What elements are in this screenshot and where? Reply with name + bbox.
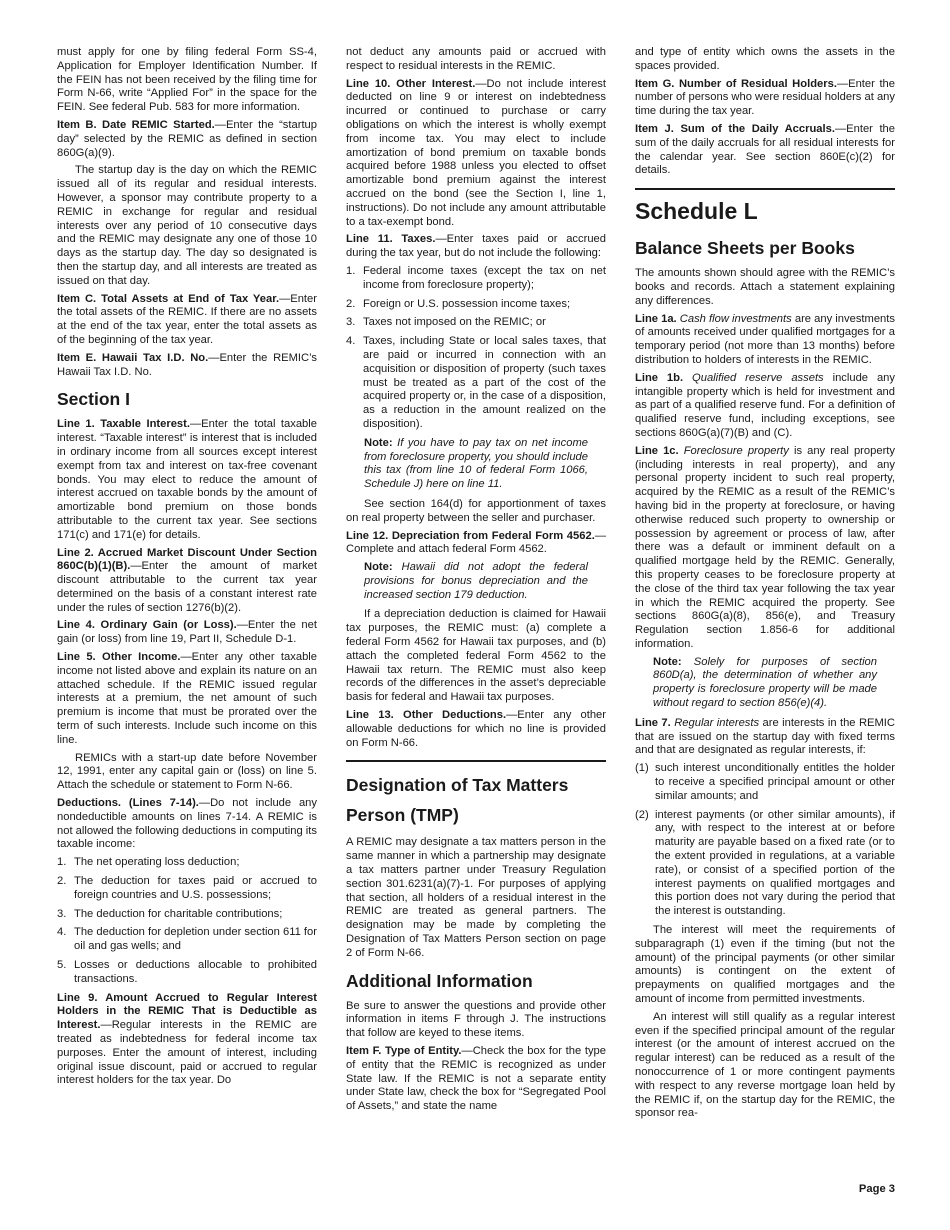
list-marker: 3.	[346, 316, 355, 330]
text-run: The amounts shown should agree with the …	[635, 267, 895, 307]
text-run: Note:	[364, 561, 393, 573]
list-item: 2.The deduction for taxes paid or accrue…	[57, 875, 317, 903]
document-page: must apply for one by filing federal For…	[0, 0, 950, 1230]
additional-information-heading: Additional Information	[346, 971, 606, 992]
paragraph: The amounts shown should agree with the …	[635, 267, 895, 308]
list-item: 5.Losses or deductions allocable to proh…	[57, 959, 317, 987]
text-run: Foreclosure property	[679, 445, 789, 457]
paragraph: and type of entity which owns the assets…	[635, 46, 895, 74]
text-run: such interest unconditionally entitles t…	[655, 762, 895, 802]
paragraph: Line 10. Other Interest.—Do not include …	[346, 78, 606, 230]
note-block: Note: Solely for purposes of section 860…	[653, 656, 877, 711]
text-run: Line 12. Depreciation from Federal Form …	[346, 530, 595, 542]
paragraph: Line 7. Regular interests are interests …	[635, 717, 895, 758]
text-run: —Enter any other taxable income not list…	[57, 651, 317, 746]
paragraph: The interest will meet the requirements …	[635, 924, 895, 1007]
text-run: The deduction for depletion under sectio…	[74, 926, 317, 952]
text-run: Hawaii did not adopt the federal provisi…	[364, 561, 588, 601]
text-run: Line 1a.	[635, 313, 677, 325]
list-marker: 4.	[346, 335, 355, 349]
paragraph: Line 5. Other Income.—Enter any other ta…	[57, 651, 317, 748]
list-item: 3.Taxes not imposed on the REMIC; or	[346, 316, 606, 330]
paragraph: Line 4. Ordinary Gain (or Loss).—Enter t…	[57, 619, 317, 647]
text-run: An interest will still qualify as a regu…	[635, 1011, 895, 1120]
text-run: Foreign or U.S. possession income taxes;	[363, 298, 570, 310]
paragraph: Line 13. Other Deductions.—Enter any oth…	[346, 709, 606, 750]
text-run: Losses or deductions allocable to prohib…	[74, 959, 317, 985]
paragraph: Deductions. (Lines 7-14).—Do not include…	[57, 797, 317, 852]
paragraph: If a depreciation deduction is claimed f…	[346, 608, 606, 705]
text-run: —Enter the total taxable interest. “Taxa…	[57, 418, 317, 540]
list-item: 4.The deduction for depletion under sect…	[57, 926, 317, 954]
paragraph: must apply for one by filing federal For…	[57, 46, 317, 115]
list-marker: 1.	[346, 265, 355, 279]
paragraph: not deduct any amounts paid or accrued w…	[346, 46, 606, 74]
designation-tmp-heading: Designation of Tax Matters Person (TMP)	[346, 770, 606, 830]
text-run: and type of entity which owns the assets…	[635, 46, 895, 72]
text-run: Qualified reserve assets	[683, 372, 824, 384]
text-run: A REMIC may designate a tax matters pers…	[346, 836, 606, 958]
text-run: The net operating loss deduction;	[74, 856, 239, 868]
paragraph: Item F. Type of Entity.—Check the box fo…	[346, 1045, 606, 1114]
list-item: (2)interest payments (or other similar a…	[635, 809, 895, 919]
text-run: The startup day is the day on which the …	[57, 164, 317, 286]
list-item: (1)such interest unconditionally entitle…	[635, 762, 895, 803]
paragraph: Line 1. Taxable Interest.—Enter the tota…	[57, 418, 317, 542]
list-marker: 3.	[57, 908, 66, 922]
list-item: 1.The net operating loss deduction;	[57, 856, 317, 870]
list-marker: 2.	[346, 298, 355, 312]
text-run: If you have to pay tax on net income fro…	[364, 437, 588, 490]
list-marker: 1.	[57, 856, 66, 870]
text-run: Be sure to answer the questions and prov…	[346, 1000, 606, 1040]
text-run: Line 11. Taxes.	[346, 233, 435, 245]
column-1: must apply for one by filing federal For…	[57, 46, 317, 1230]
paragraph: REMICs with a start-up date before Novem…	[57, 752, 317, 793]
paragraph: Line 1a. Cash flow investments are any i…	[635, 313, 895, 368]
text-run: Federal income taxes (except the tax on …	[363, 265, 606, 291]
text-run: Line 13. Other Deductions.	[346, 709, 506, 721]
text-run: Line 5. Other Income.	[57, 651, 180, 663]
text-run: interest payments (or other similar amou…	[655, 809, 895, 918]
list-marker: (2)	[635, 809, 649, 823]
list-item: 3.The deduction for charitable contribut…	[57, 908, 317, 922]
text-run: Line 7.	[635, 717, 671, 729]
text-run: Solely for purposes of section 860D(a), …	[653, 656, 877, 709]
column-3: and type of entity which owns the assets…	[635, 46, 895, 1230]
section-divider	[346, 760, 606, 762]
paragraph: An interest will still qualify as a regu…	[635, 1011, 895, 1121]
text-run: Item C. Total Assets at End of Tax Year.	[57, 293, 279, 305]
paragraph: Line 12. Depreciation from Federal Form …	[346, 530, 606, 558]
list-marker: 2.	[57, 875, 66, 889]
page-number: Page 3	[859, 1183, 895, 1197]
paragraph: Line 1c. Foreclosure property is any rea…	[635, 445, 895, 652]
text-run: Taxes not imposed on the REMIC; or	[363, 316, 546, 328]
text-run: Item F. Type of Entity.	[346, 1045, 462, 1057]
text-run: Item E. Hawaii Tax I.D. No.	[57, 352, 208, 364]
section-i-heading: Section I	[57, 389, 317, 410]
text-run: The interest will meet the requirements …	[635, 924, 895, 1005]
text-run: must apply for one by filing federal For…	[57, 46, 317, 113]
list-item: 1.Federal income taxes (except the tax o…	[346, 265, 606, 293]
paragraph: The startup day is the day on which the …	[57, 164, 317, 288]
text-run: REMICs with a start-up date before Novem…	[57, 752, 317, 792]
text-run: The deduction for taxes paid or accrued …	[74, 875, 317, 901]
list-marker: 5.	[57, 959, 66, 973]
note-block: Note: Hawaii did not adopt the federal p…	[364, 561, 588, 602]
text-run: not deduct any amounts paid or accrued w…	[346, 46, 606, 72]
text-run: Item J. Sum of the Daily Accruals.	[635, 123, 835, 135]
text-run: Item G. Number of Residual Holders.	[635, 78, 837, 90]
section-divider	[635, 188, 895, 190]
column-2: not deduct any amounts paid or accrued w…	[346, 46, 606, 1230]
text-run: Note:	[653, 656, 682, 668]
text-run: Taxes, including State or local sales ta…	[363, 335, 606, 430]
balance-sheets-heading: Balance Sheets per Books	[635, 238, 895, 259]
text-run: Line 1b.	[635, 372, 683, 384]
list-marker: (1)	[635, 762, 649, 776]
list-item: 4.Taxes, including State or local sales …	[346, 335, 606, 432]
paragraph: A REMIC may designate a tax matters pers…	[346, 836, 606, 960]
text-run: The deduction for charitable contributio…	[74, 908, 282, 920]
paragraph: Item G. Number of Residual Holders.—Ente…	[635, 78, 895, 119]
text-run: Line 1c.	[635, 445, 679, 457]
text-run: Note:	[364, 437, 393, 449]
text-run: Deductions. (Lines 7-14).	[57, 797, 199, 809]
paragraph: Line 11. Taxes.—Enter taxes paid or accr…	[346, 233, 606, 261]
note-block: Note: If you have to pay tax on net inco…	[364, 437, 588, 492]
text-run: —Do not include interest deducted on lin…	[346, 78, 606, 228]
text-run: Line 4. Ordinary Gain (or Loss).	[57, 619, 237, 631]
paragraph: Line 2. Accrued Market Discount Under Se…	[57, 547, 317, 616]
paragraph: Item B. Date REMIC Started.—Enter the “s…	[57, 119, 317, 160]
text-run: If a depreciation deduction is claimed f…	[346, 608, 606, 703]
text-run: Line 1. Taxable Interest.	[57, 418, 190, 430]
paragraph: Line 9. Amount Accrued to Regular Intere…	[57, 992, 317, 1089]
paragraph: Be sure to answer the questions and prov…	[346, 1000, 606, 1041]
text-run: See section 164(d) for apportionment of …	[346, 498, 606, 524]
text-run: is any real property (including interest…	[635, 445, 895, 650]
list-item: 2.Foreign or U.S. possession income taxe…	[346, 298, 606, 312]
text-run: Line 10. Other Interest.	[346, 78, 475, 90]
list-marker: 4.	[57, 926, 66, 940]
schedule-l-heading: Schedule L	[635, 198, 895, 224]
paragraph: Line 1b. Qualified reserve assets includ…	[635, 372, 895, 441]
paragraph: Item E. Hawaii Tax I.D. No.—Enter the RE…	[57, 352, 317, 380]
paragraph: See section 164(d) for apportionment of …	[346, 498, 606, 526]
paragraph: Item C. Total Assets at End of Tax Year.…	[57, 293, 317, 348]
text-run: Cash flow investments	[677, 313, 792, 325]
paragraph: Item J. Sum of the Daily Accruals.—Enter…	[635, 123, 895, 178]
text-run: Item B. Date REMIC Started.	[57, 119, 215, 131]
text-run: Regular interests	[671, 717, 759, 729]
